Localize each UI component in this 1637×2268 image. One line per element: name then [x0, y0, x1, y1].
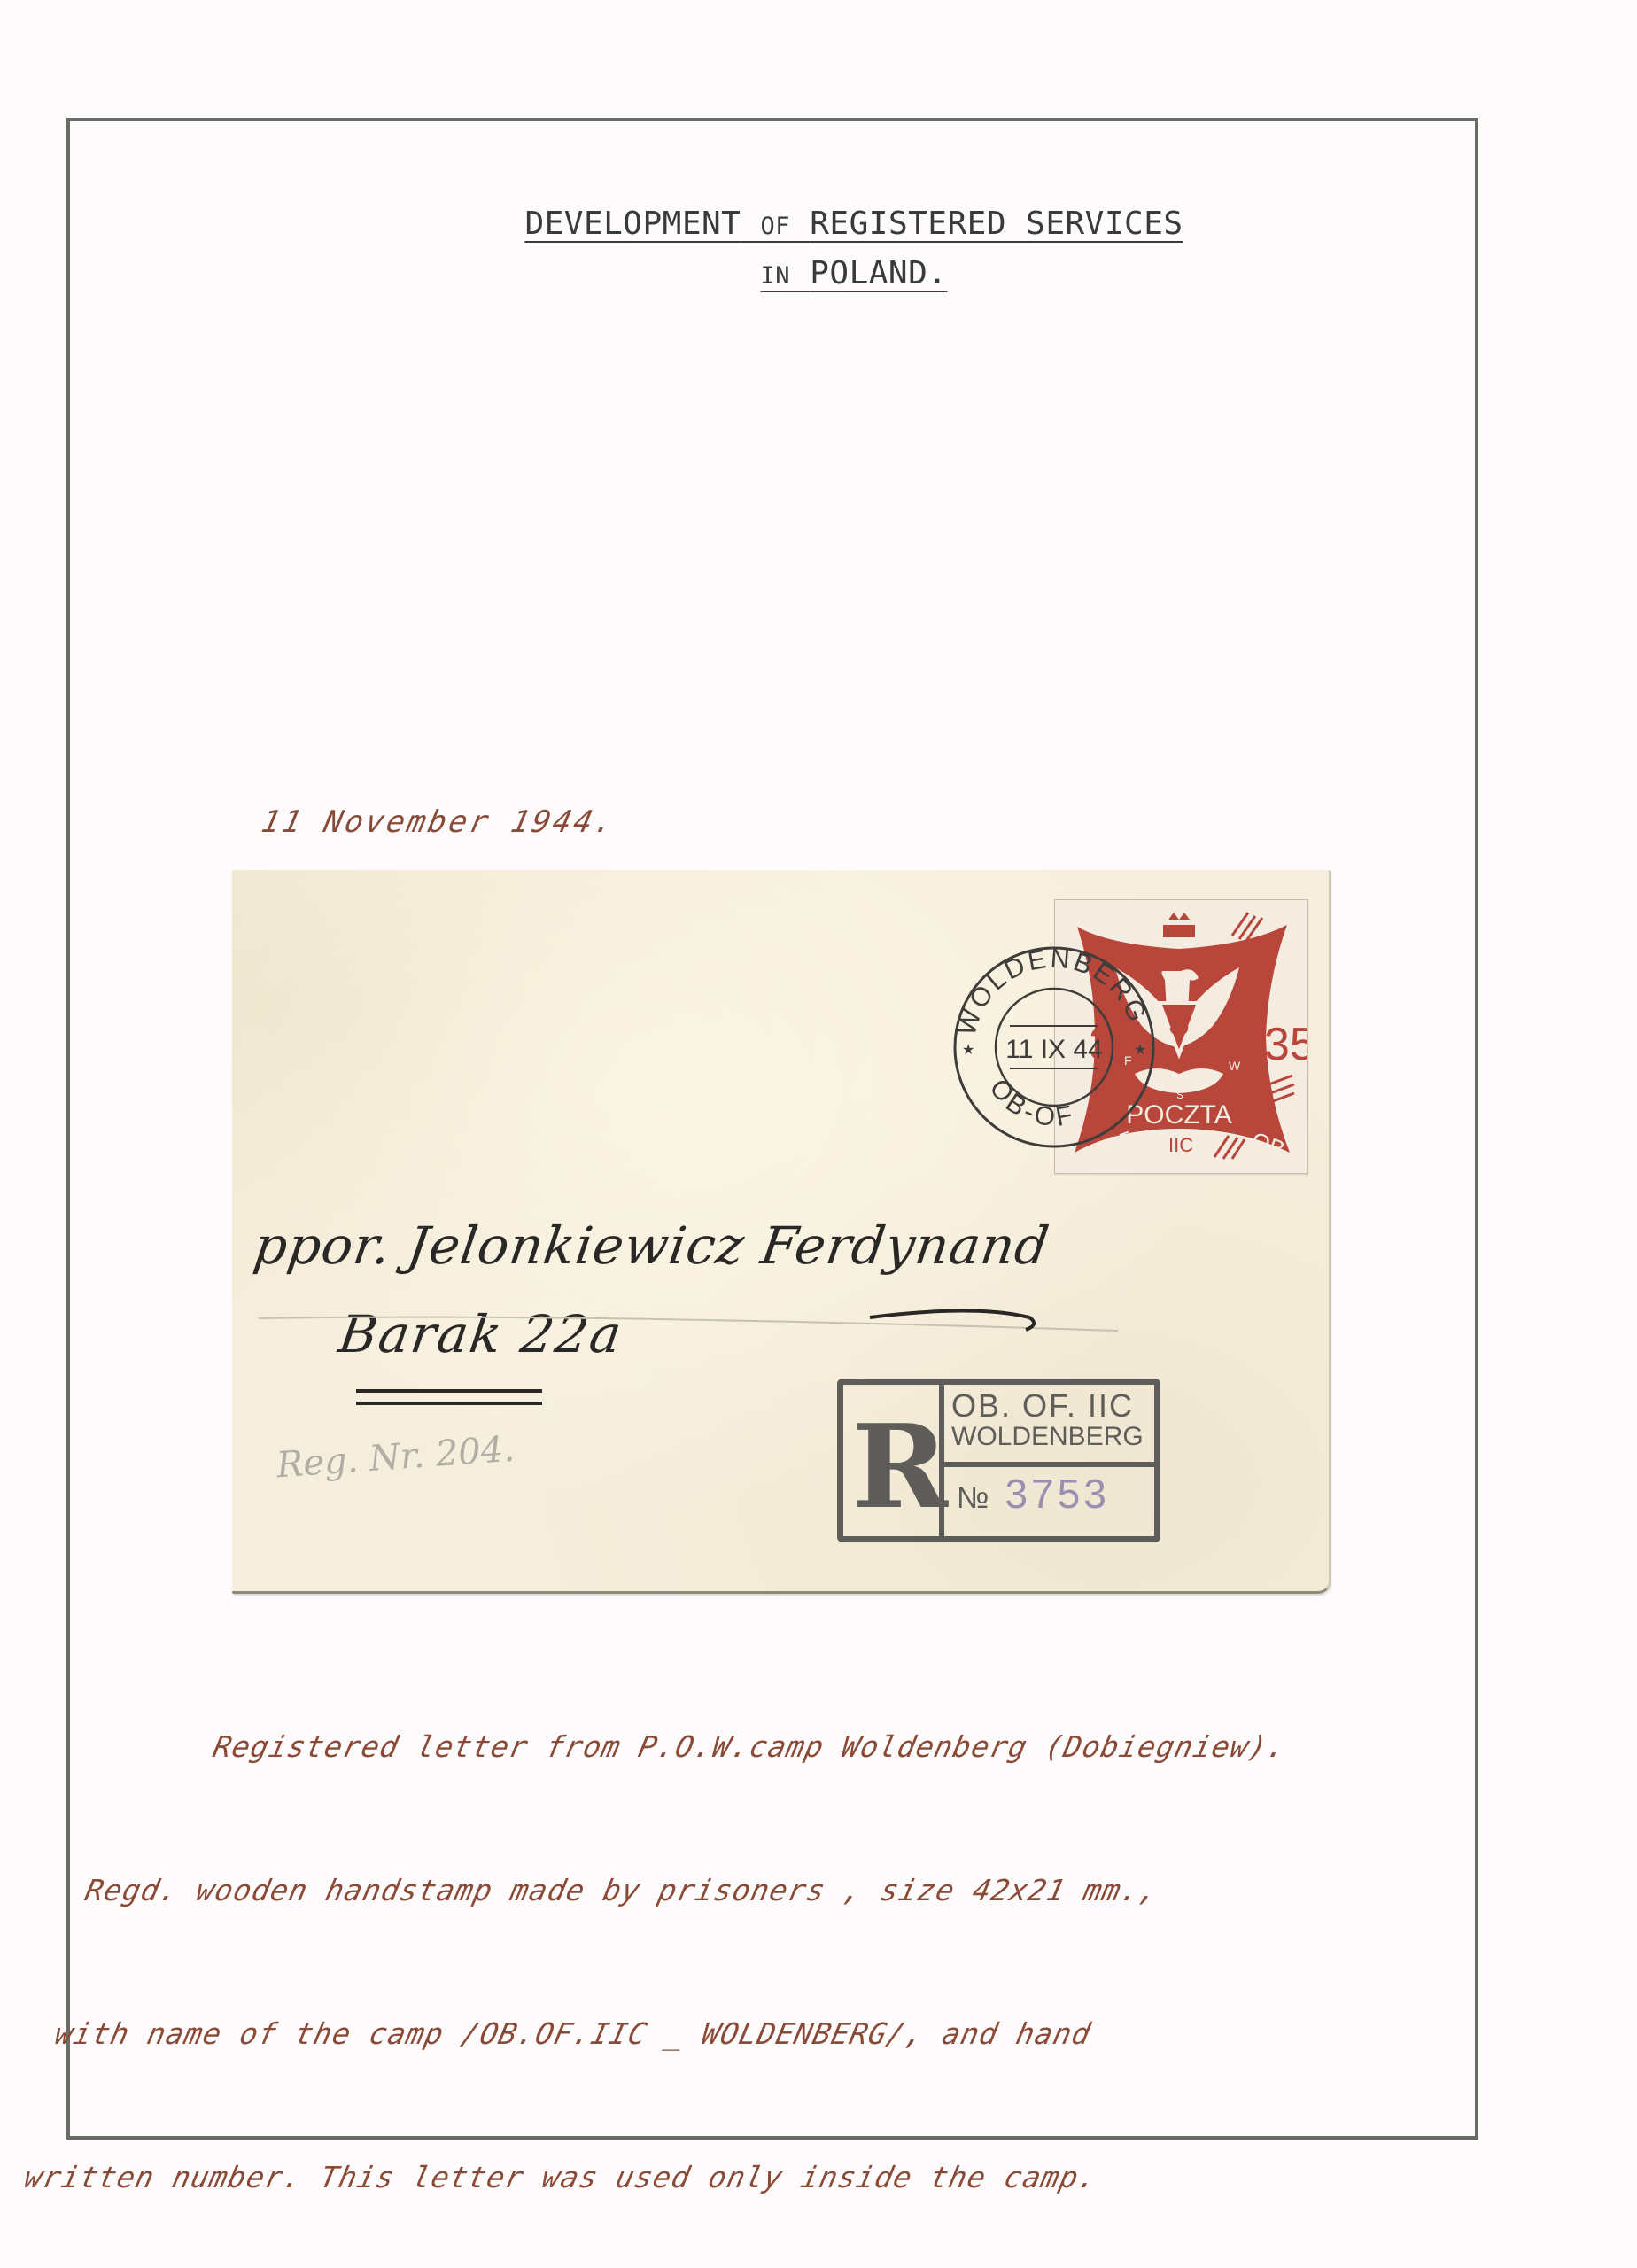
- address-name: ppor. Jelonkiewicz Ferdynand: [250, 1216, 1052, 1276]
- title-word-in: IN: [761, 262, 791, 290]
- description-line: Regd. wooden handstamp made by prisoners…: [81, 1867, 1261, 1915]
- svg-text:★: ★: [962, 1041, 974, 1058]
- camp-line1: OB. OF. IIC: [951, 1388, 1154, 1424]
- svg-text:OB-OF: OB-OF: [983, 1074, 1078, 1132]
- svg-text:S: S: [1176, 1089, 1183, 1101]
- page-title-line1: DEVELOPMENT OF REGISTERED SERVICES: [35, 206, 1637, 242]
- title-word-development: DEVELOPMENT: [524, 206, 741, 242]
- pencil-registration-note: Reg. Nr. 204.: [275, 1429, 516, 1487]
- woldenberg-postmark: WOLDENBERG OB-OF 11 IX 44 ★ ★: [948, 941, 1160, 1153]
- description-line: Registered letter from P.O.W.camp Wolden…: [112, 1723, 1292, 1771]
- svg-text:3: 3: [1168, 1000, 1190, 1044]
- cover-description: Registered letter from P.O.W.camp Wolden…: [10, 1627, 1312, 2249]
- title-word-poland: POLAND.: [810, 255, 947, 291]
- svg-text:11 IX 44: 11 IX 44: [1005, 1035, 1103, 1064]
- description-line: with name of the camp /OB.OF.IIC _ WOLDE…: [50, 2010, 1230, 2058]
- title-words-registered-services: REGISTERED SERVICES: [810, 206, 1183, 242]
- envelope-cover: 3 35 35 F W S POCZTA OF OB IIC: [232, 870, 1331, 1594]
- description-line: written number. This letter was used onl…: [19, 2154, 1199, 2202]
- cover-date: 11 November 1944.: [258, 804, 619, 840]
- page-title-line2: IN POLAND.: [35, 255, 1637, 291]
- svg-text:W: W: [1229, 1059, 1241, 1073]
- address-barrack: Barak 22a: [335, 1304, 626, 1364]
- registration-r-letter: R: [852, 1410, 948, 1525]
- svg-text:WOLDENBERG: WOLDENBERG: [952, 944, 1153, 1038]
- svg-text:IIC: IIC: [1168, 1134, 1193, 1156]
- svg-text:★: ★: [1134, 1041, 1146, 1058]
- camp-name: OB. OF. IIC WOLDENBERG: [944, 1385, 1154, 1467]
- registration-handstamp: R OB. OF. IIC WOLDENBERG №3753: [837, 1379, 1160, 1542]
- number-sign: №: [957, 1481, 989, 1515]
- r-box: R: [843, 1385, 944, 1536]
- registration-number: 3753: [1005, 1471, 1109, 1517]
- svg-text:35: 35: [1264, 1019, 1307, 1070]
- title-word-of: OF: [761, 213, 791, 240]
- registration-number-row: №3753: [944, 1467, 1154, 1536]
- camp-line2: WOLDENBERG: [951, 1424, 1154, 1450]
